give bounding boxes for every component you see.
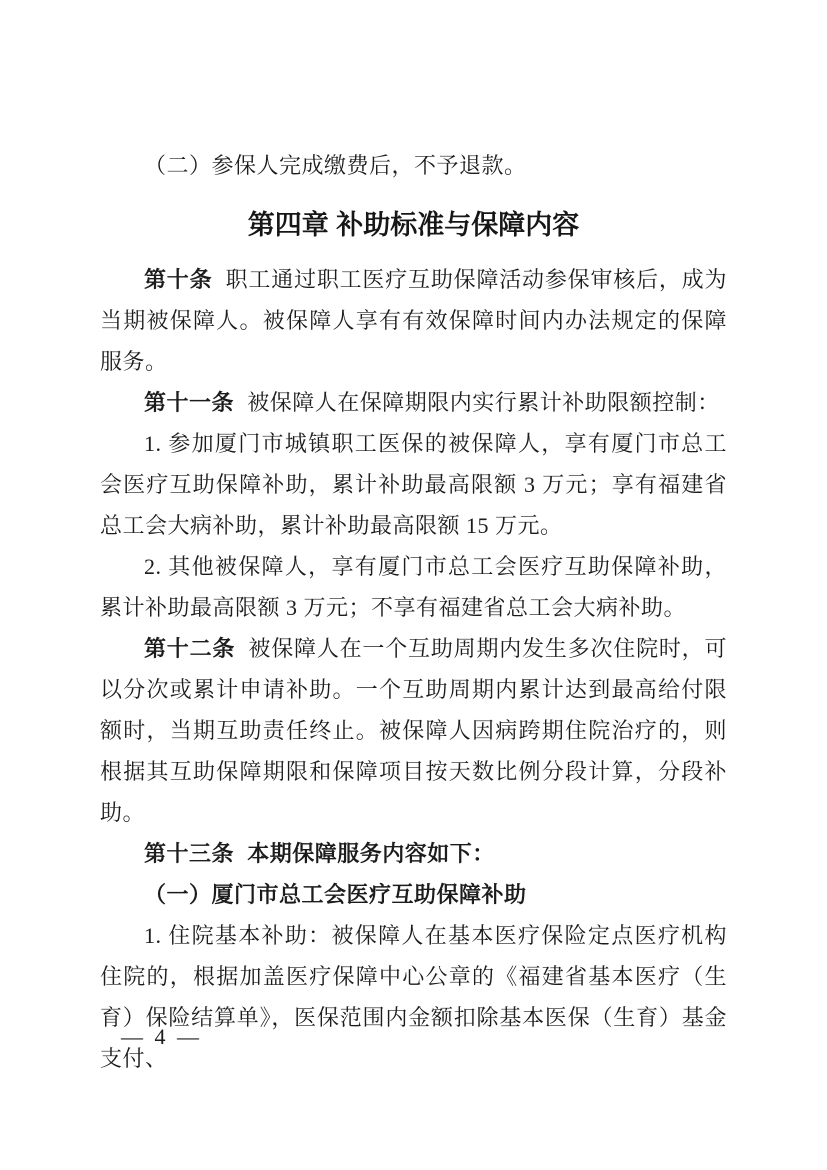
paragraph-text: （一）厦门市总工会医疗互助保障补助: [144, 882, 527, 907]
paragraph-text: 2. 其他被保障人，享有厦门市总工会医疗互助保障补助，累计补助最高限额 3 万元…: [100, 554, 727, 620]
document-page: （二）参保人完成缴费后，不予退款。 第四章 补助标准与保障内容 第十条职工通过职…: [0, 0, 827, 1170]
paragraph: （二）参保人完成缴费后，不予退款。: [100, 145, 727, 186]
paragraph-text: 被保障人在一个互助周期内发生多次住院时，可以分次或累计申请补助。一个互助周期内累…: [100, 636, 727, 825]
paragraph-text: （二）参保人完成缴费后，不予退款。: [144, 153, 527, 178]
paragraph: 2. 其他被保障人，享有厦门市总工会医疗互助保障补助，累计补助最高限额 3 万元…: [100, 546, 727, 628]
article-lead: 第十三条: [144, 841, 234, 866]
paragraph: 1. 参加厦门市城镇职工医保的被保障人，享有厦门市总工会医疗互助保障补助，累计补…: [100, 423, 727, 546]
paragraph-text: 1. 参加厦门市城镇职工医保的被保障人，享有厦门市总工会医疗互助保障补助，累计补…: [100, 431, 727, 538]
paragraph: （一）厦门市总工会医疗互助保障补助: [100, 874, 727, 915]
page-number: — 4 —: [121, 1024, 202, 1050]
article-lead: 第十一条: [144, 390, 234, 415]
paragraph-text: 被保障人在保障期限内实行累计补助限额控制：: [247, 390, 720, 415]
paragraph: 1. 住院基本补助：被保障人在基本医疗保险定点医疗机构住院的，根据加盖医疗保障中…: [100, 915, 727, 1079]
chapter-heading: 第四章 补助标准与保障内容: [100, 203, 727, 247]
article-lead: 第十二条: [144, 636, 235, 661]
article-lead: 第十条: [144, 267, 212, 292]
paragraph-text: 本期保障服务内容如下：: [247, 841, 495, 866]
paragraph: 第十二条被保障人在一个互助周期内发生多次住院时，可以分次或累计申请补助。一个互助…: [100, 628, 727, 833]
paragraph: 第十一条被保障人在保障期限内实行累计补助限额控制：: [100, 382, 727, 423]
paragraph: 第十条职工通过职工医疗互助保障活动参保审核后，成为当期被保障人。被保障人享有有效…: [100, 259, 727, 382]
paragraph: 第十三条本期保障服务内容如下：: [100, 833, 727, 874]
